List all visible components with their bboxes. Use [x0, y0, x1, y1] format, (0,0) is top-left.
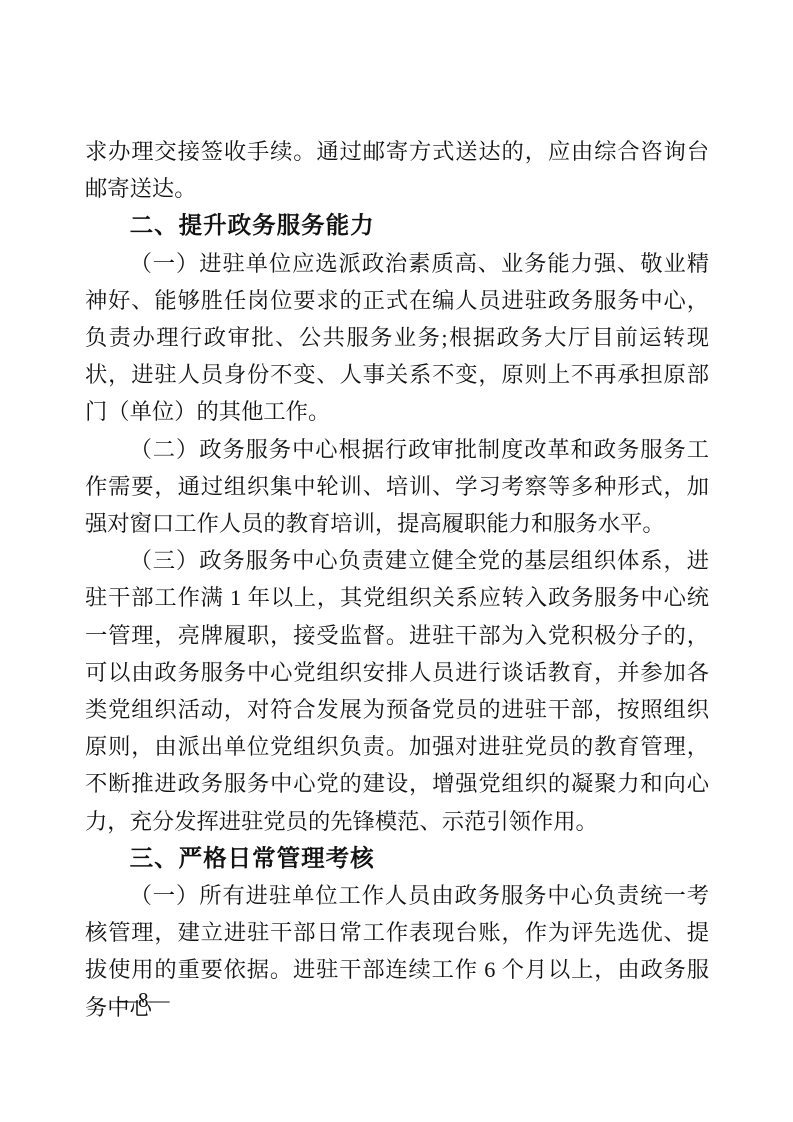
paragraph-3-1: （一）所有进驻单位工作人员由政务服务中心负责统一考核管理，建立进驻干部日常工作表… — [85, 877, 709, 1026]
section-heading-2: 二、提升政务服务能力 — [85, 207, 709, 244]
paragraph-2-3: （三）政务服务中心负责建立健全党的基层组织体系，进驻干部工作满 1 年以上，其党… — [85, 542, 709, 840]
page-number: —8— — [117, 986, 170, 1014]
document-body: 求办理交接签收手续。通过邮寄方式送达的，应由综合咨询台邮寄送达。 二、提升政务服… — [85, 133, 709, 1026]
document-page: 求办理交接签收手续。通过邮寄方式送达的，应由综合咨询台邮寄送达。 二、提升政务服… — [0, 0, 793, 1122]
paragraph-continuation: 求办理交接签收手续。通过邮寄方式送达的，应由综合咨询台邮寄送达。 — [85, 133, 709, 207]
paragraph-2-2: （二）政务服务中心根据行政审批制度改革和政务服务工作需要，通过组织集中轮训、培训… — [85, 431, 709, 543]
section-heading-3: 三、严格日常管理考核 — [85, 840, 709, 877]
paragraph-2-1: （一）进驻单位应选派政治素质高、业务能力强、敬业精神好、能够胜任岗位要求的正式在… — [85, 245, 709, 431]
